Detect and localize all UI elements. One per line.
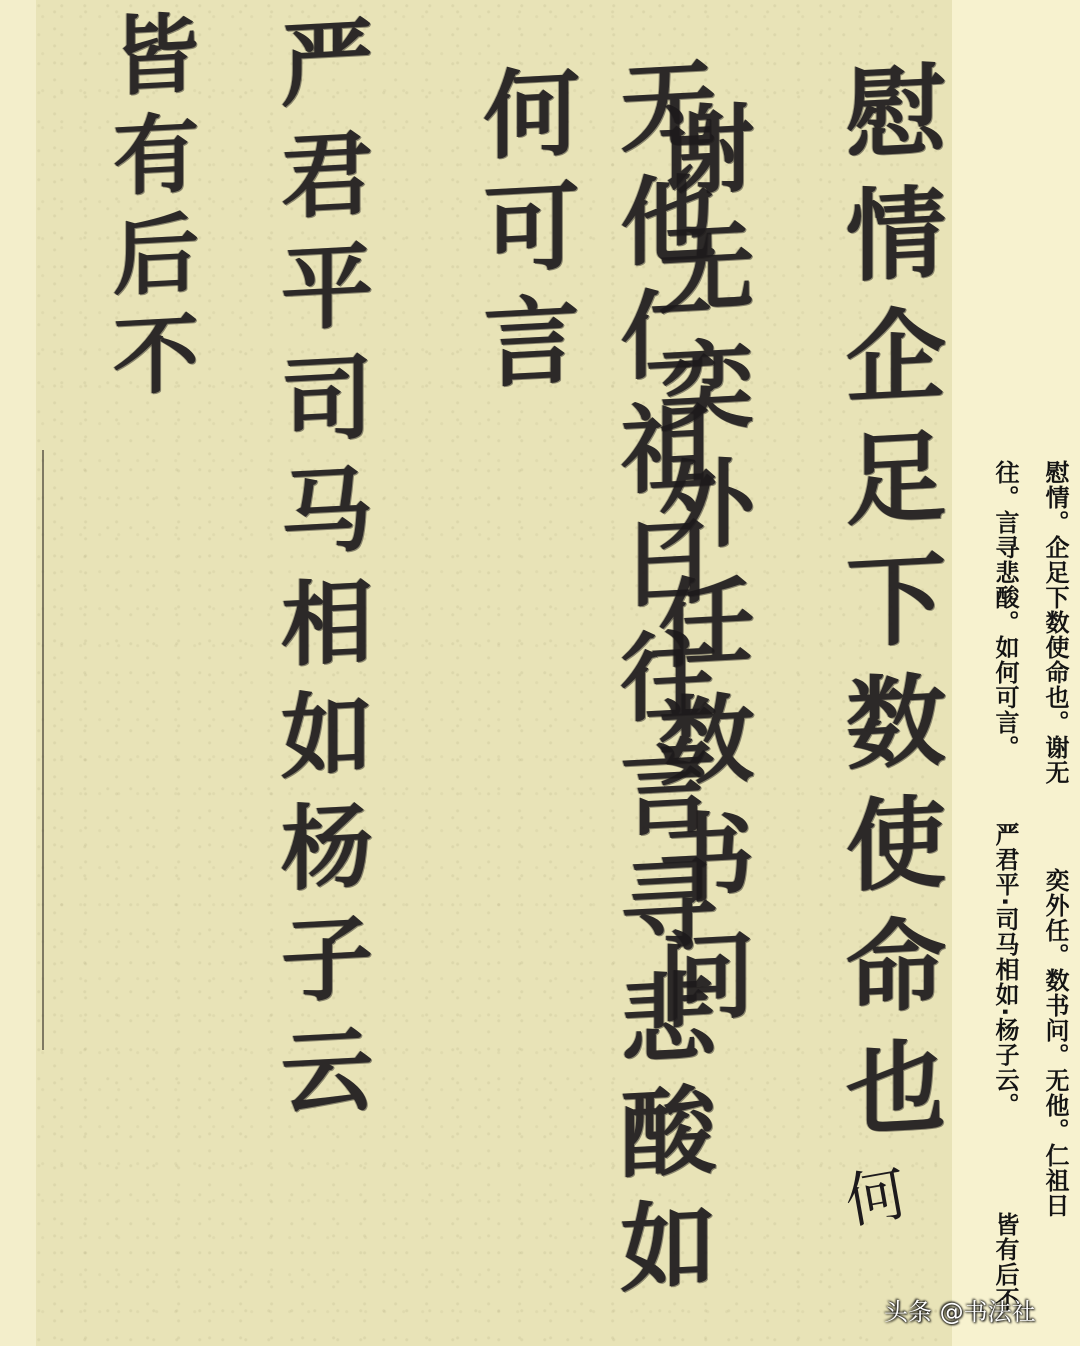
calligraphy-column-5: 皆有后不 [86,7,210,413]
transcription-line-1a: 慰情。企足下数使命也。谢无 [1040,460,1070,785]
paper-fold-line [42,450,44,1050]
calligraphy-paper: 慰情企足下数使命也 谢无奕外任数书问 无他仁祖日往言寻悲酸如何可言 严君平司马相… [36,0,952,1346]
transcription-line-2b: 严君平·司马相如·杨子云。 [990,822,1020,1117]
calligraphy-column-1: 慰情企足下数使命也 [816,56,952,1162]
calligraphy-column-4: 严君平司马相如杨子云 [254,12,386,1139]
left-margin [0,0,36,1346]
transcription-line-2a: 往。言寻悲酸。如何可言。 [990,460,1020,760]
calligraphy-column-3: 无他仁祖日往言寻悲酸如何可言 [456,53,730,1346]
transcription-line-1b: 奕外任。数书问。无他。仁祖日 [1040,868,1070,1218]
watermark: 头条 @书法社 [884,1292,1036,1327]
